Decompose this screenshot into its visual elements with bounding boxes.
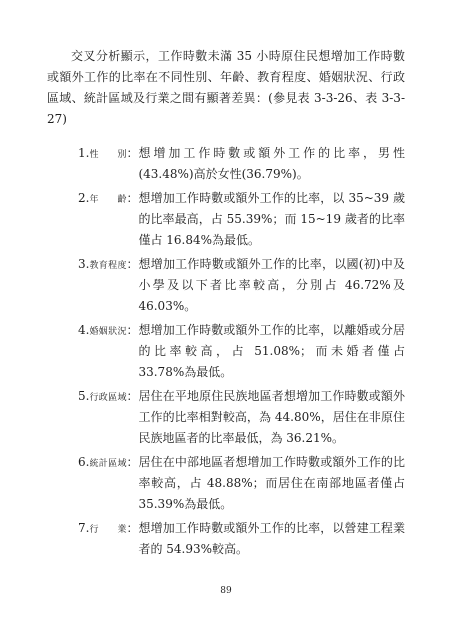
item-number: 7. bbox=[78, 518, 89, 539]
item-separator: ： bbox=[126, 452, 138, 473]
item-separator: ： bbox=[126, 143, 138, 164]
intro-paragraph: 交叉分析顯示，工作時數未滿 35 小時原住民想增加工作時數或額外工作的比率在不同… bbox=[47, 46, 405, 130]
document-page: 交叉分析顯示，工作時數未滿 35 小時原住民想增加工作時數或額外工作的比率在不同… bbox=[0, 0, 452, 640]
list-item: 7. 行業 ： 想增加工作時數或額外工作的比率，以營建工程業者的 54.93%較… bbox=[78, 518, 405, 560]
item-label: 統計區域 bbox=[89, 454, 126, 475]
item-separator: ： bbox=[126, 518, 138, 539]
item-separator: ： bbox=[126, 386, 138, 407]
item-label: 行政區域 bbox=[89, 388, 126, 409]
page-content: 交叉分析顯示，工作時數未滿 35 小時原住民想增加工作時數或額外工作的比率在不同… bbox=[47, 46, 405, 560]
findings-list: 1. 性別 ： 想增加工作時數或額外工作的比率，男性(43.48%)高於女性(3… bbox=[47, 143, 405, 560]
item-label: 婚姻狀況 bbox=[89, 322, 126, 343]
item-label: 性別 bbox=[89, 145, 126, 166]
item-text: 居住在平地原住民族地區者想增加工作時數或額外工作的比率相對較高，為 44.80%… bbox=[138, 386, 405, 449]
page-number: 89 bbox=[0, 585, 452, 597]
item-number: 6. bbox=[78, 452, 89, 473]
list-item: 5. 行政區域 ： 居住在平地原住民族地區者想增加工作時數或額外工作的比率相對較… bbox=[78, 386, 405, 449]
item-separator: ： bbox=[126, 254, 138, 275]
item-number: 4. bbox=[78, 320, 89, 341]
item-text: 想增加工作時數或額外工作的比率，男性(43.48%)高於女性(36.79%)。 bbox=[138, 143, 405, 185]
list-item: 6. 統計區域 ： 居住在中部地區者想增加工作時數或額外工作的比率較高，占 48… bbox=[78, 452, 405, 515]
item-separator: ： bbox=[126, 320, 138, 341]
item-text: 想增加工作時數或額外工作的比率，以營建工程業者的 54.93%較高。 bbox=[138, 518, 405, 560]
item-separator: ： bbox=[126, 188, 138, 209]
item-label: 年齡 bbox=[89, 190, 126, 211]
item-text: 想增加工作時數或額外工作的比率，以離婚或分居的比率較高，占 51.08%；而未婚… bbox=[138, 320, 405, 383]
item-text: 居住在中部地區者想增加工作時數或額外工作的比率較高，占 48.88%；而居住在南… bbox=[138, 452, 405, 515]
item-label: 行業 bbox=[89, 520, 126, 541]
item-text: 想增加工作時數或額外工作的比率，以 35~39 歲的比率最高，占 55.39%；… bbox=[138, 188, 405, 251]
list-item: 1. 性別 ： 想增加工作時數或額外工作的比率，男性(43.48%)高於女性(3… bbox=[78, 143, 405, 185]
item-number: 2. bbox=[78, 188, 89, 209]
list-item: 4. 婚姻狀況 ： 想增加工作時數或額外工作的比率，以離婚或分居的比率較高，占 … bbox=[78, 320, 405, 383]
list-item: 3. 教育程度 ： 想增加工作時數或額外工作的比率，以國(初)中及小學及以下者比… bbox=[78, 254, 405, 317]
item-label: 教育程度 bbox=[89, 256, 126, 277]
item-text: 想增加工作時數或額外工作的比率，以國(初)中及小學及以下者比率較高，分別占 46… bbox=[138, 254, 405, 317]
item-number: 5. bbox=[78, 386, 89, 407]
item-number: 1. bbox=[78, 143, 89, 164]
list-item: 2. 年齡 ： 想增加工作時數或額外工作的比率，以 35~39 歲的比率最高，占… bbox=[78, 188, 405, 251]
item-number: 3. bbox=[78, 254, 89, 275]
